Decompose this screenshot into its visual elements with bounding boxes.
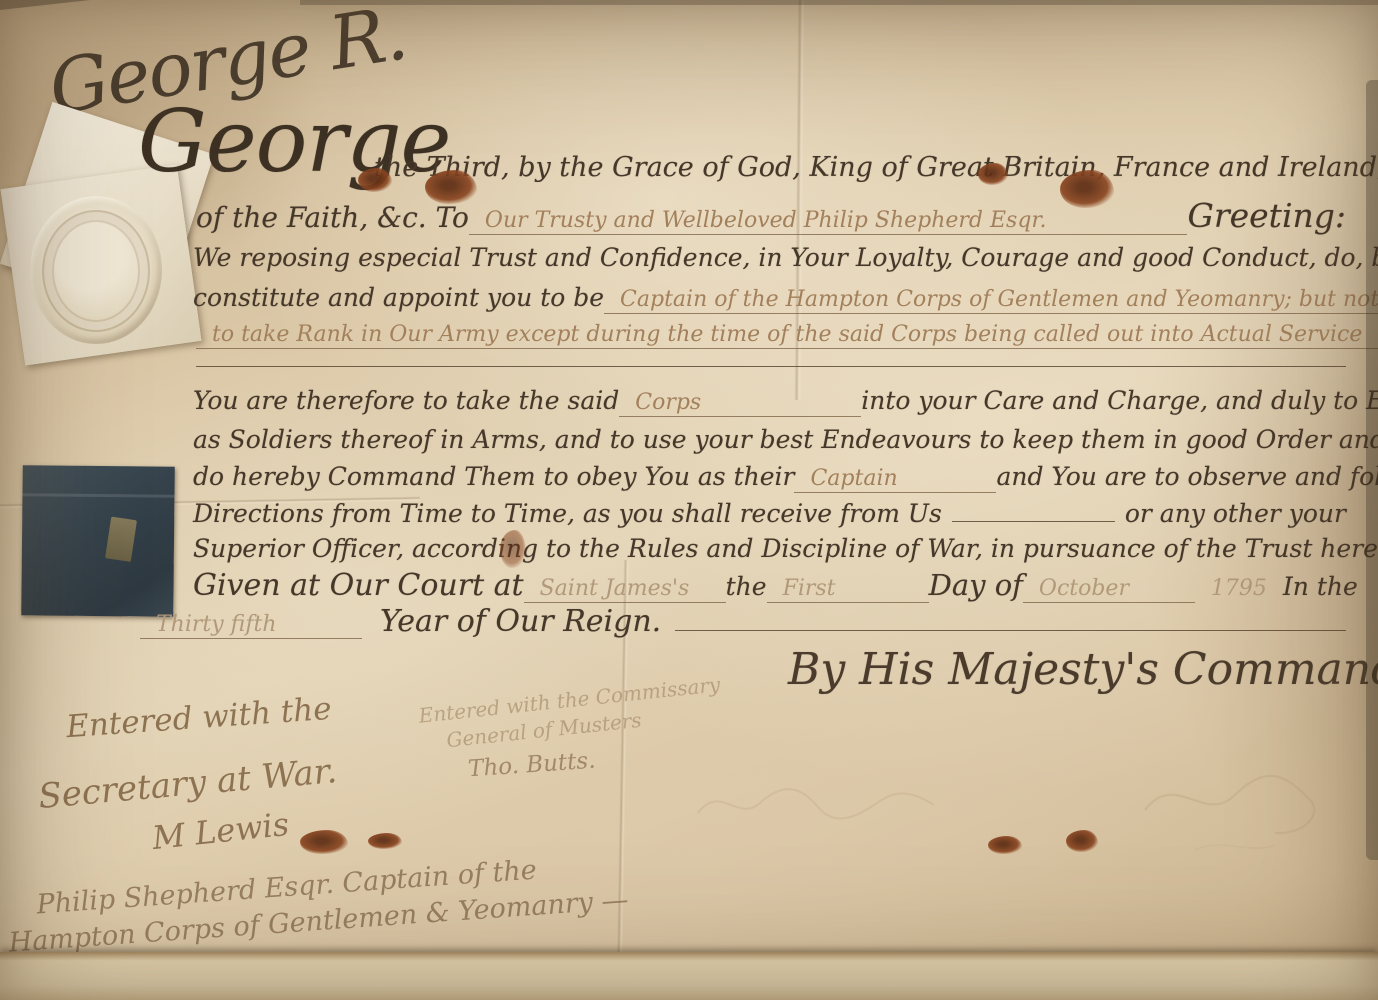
photographed-parchment-commission: George R. George the Third, by the Grace… [0, 0, 1378, 1000]
photo-vignette [0, 0, 1378, 1000]
